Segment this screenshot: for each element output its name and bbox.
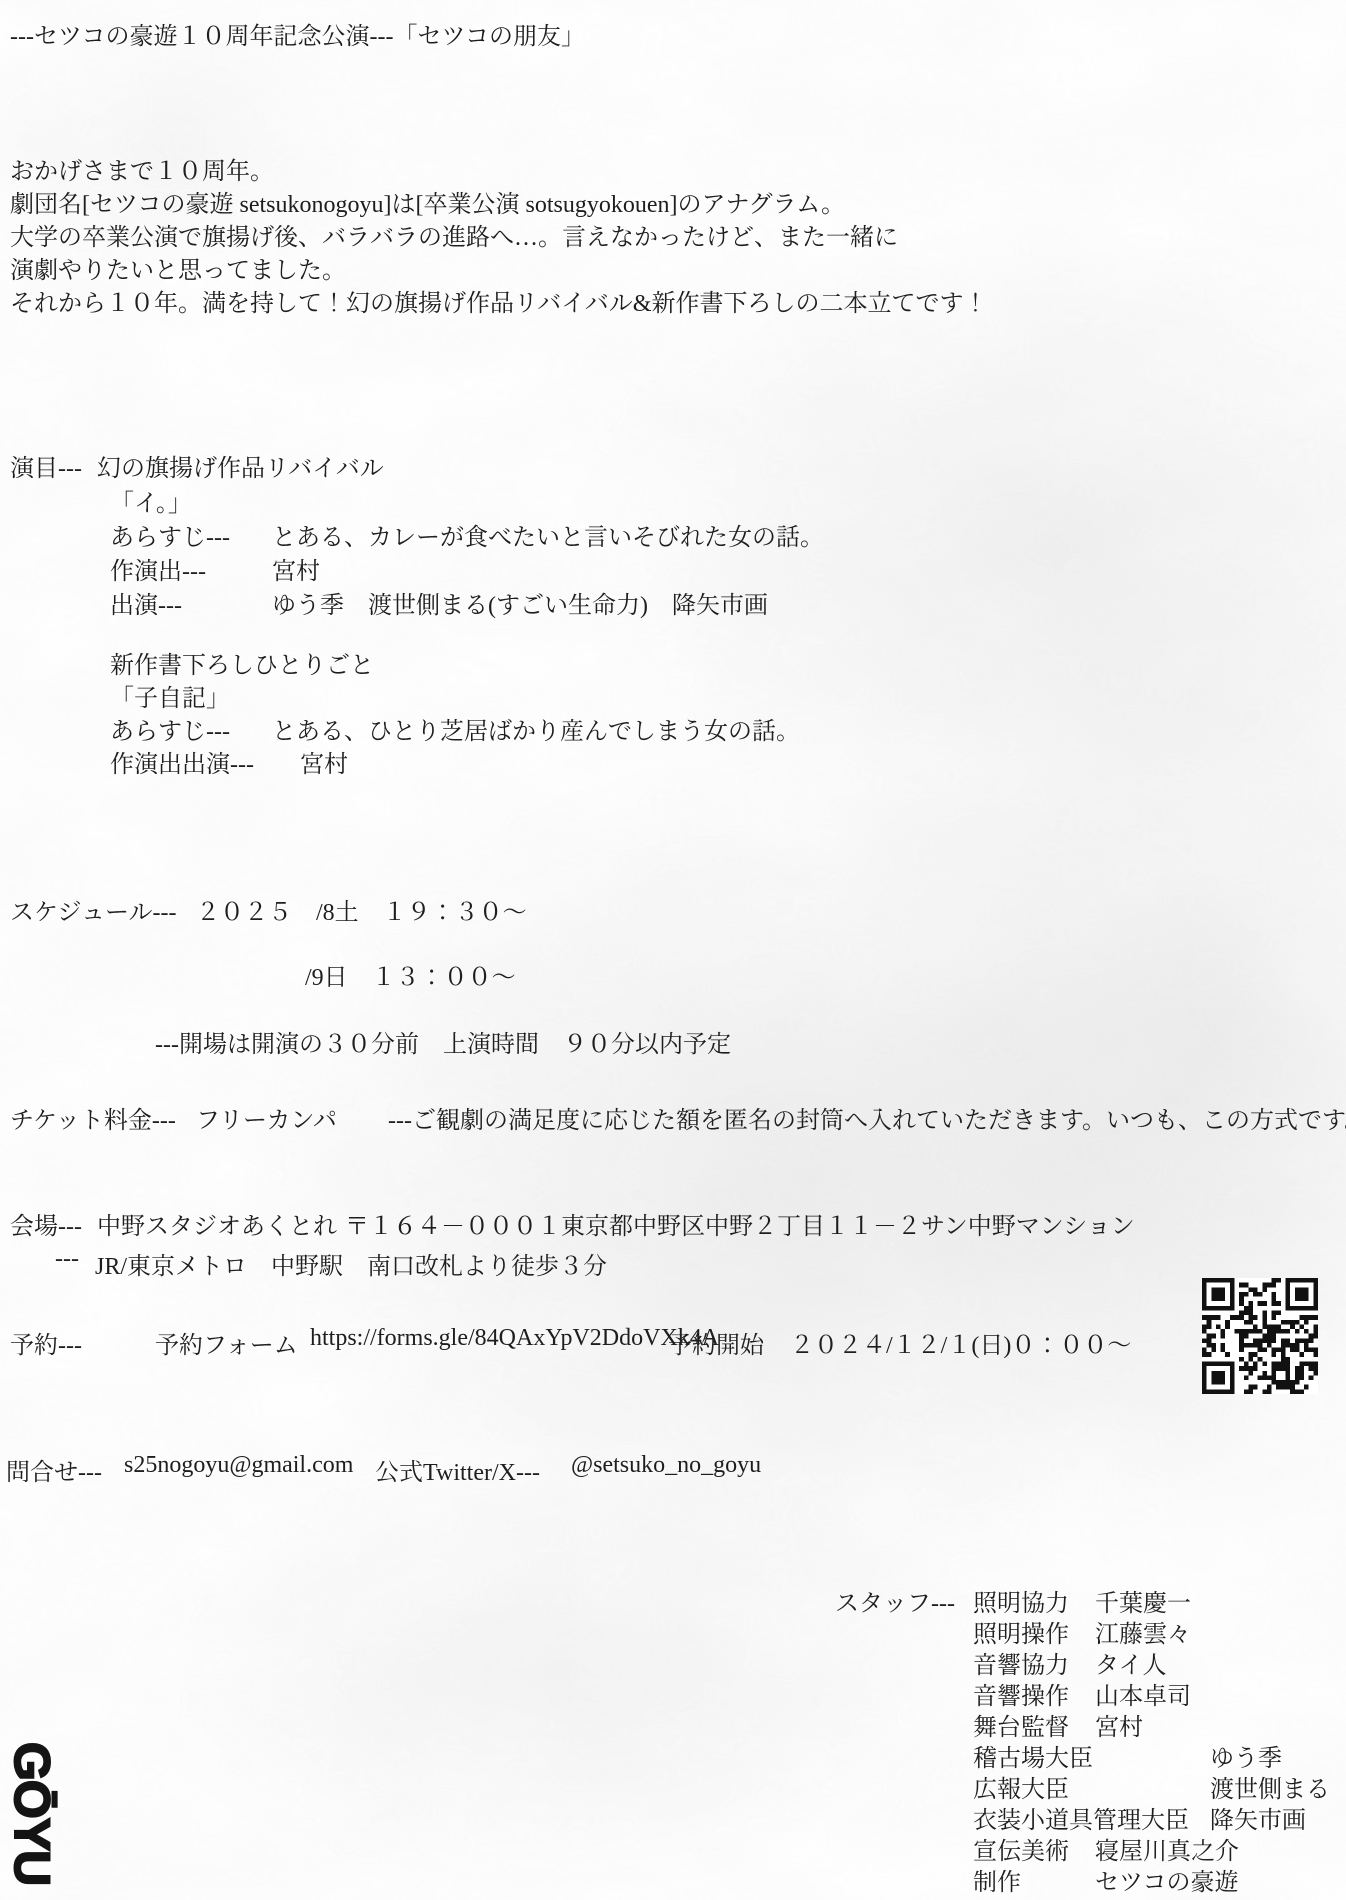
play2-synopsis-label: あらすじ---: [110, 711, 230, 746]
venue-access: JR/東京メトロ 中野駅 南口改札より徒歩３分: [95, 1246, 607, 1281]
reservation-label: 予約---: [10, 1325, 82, 1360]
play1-writer: 宮村: [272, 551, 320, 586]
schedule-date-1: ２０２５ /8土 １９：３０～: [196, 892, 527, 927]
schedule-label: スケジュール---: [10, 892, 177, 927]
venue-access-label: ---: [55, 1246, 79, 1273]
staff-name: 山本卓司: [1095, 1676, 1191, 1711]
reservation-start: ２０２４/１２/１(日)０：００～: [790, 1325, 1131, 1360]
staff-name: 宮村: [1095, 1707, 1143, 1742]
staff-role: 照明操作: [973, 1614, 1069, 1649]
staff-name: ゆう季: [1210, 1738, 1282, 1773]
staff-role: 制作: [973, 1862, 1021, 1897]
contact-twitter-handle: @setsuko_no_goyu: [571, 1452, 761, 1479]
staff-role: 宣伝美術: [973, 1831, 1069, 1866]
play2-writer-label: 作演出出演---: [110, 744, 254, 779]
staff-role: 照明協力: [973, 1583, 1069, 1618]
reservation-form-label: 予約フォーム: [155, 1325, 298, 1360]
staff-label: スタッフ---: [835, 1583, 955, 1618]
contact-label: 問合せ---: [6, 1452, 102, 1487]
staff-role: 舞台監督: [973, 1707, 1069, 1742]
staff-role: 衣装小道具管理大臣: [973, 1800, 1189, 1835]
contact-twitter-label: 公式Twitter/X---: [375, 1452, 540, 1487]
staff-name: 千葉慶一: [1095, 1583, 1191, 1618]
play2-type: 新作書下ろしひとりごと: [110, 645, 374, 680]
reservation-url: https://forms.gle/84QAxYpV2DdoVXk4A: [310, 1325, 719, 1352]
play1-writer-label: 作演出---: [110, 551, 206, 586]
staff-name: 降矢市画: [1210, 1800, 1306, 1835]
play1-synopsis-label: あらすじ---: [110, 517, 230, 552]
play1-type: 幻の旗揚げ作品リバイバル: [97, 448, 384, 483]
venue-label: 会場---: [10, 1206, 82, 1241]
program-label: 演目---: [10, 448, 82, 483]
schedule-note: ---開場は開演の３０分前 上演時間 ９０分以内予定: [155, 1024, 731, 1059]
staff-name: タイ人: [1095, 1645, 1167, 1680]
reservation-start-label: 予約開始: [668, 1325, 764, 1360]
staff-name: 江藤雲々: [1095, 1614, 1191, 1649]
ticket-label: チケット料金---: [10, 1100, 176, 1135]
staff-role: 稽古場大臣: [973, 1738, 1093, 1773]
play1-cast-label: 出演---: [110, 585, 182, 620]
play2-title: 「子自記」: [110, 678, 230, 713]
staff-role: 音響協力: [973, 1645, 1069, 1680]
staff-name: 渡世側まる: [1210, 1769, 1330, 1804]
ticket-value: フリーカンパ: [196, 1100, 337, 1135]
schedule-date-2: /9日 １３：００～: [305, 957, 516, 992]
staff-role: 音響操作: [973, 1676, 1069, 1711]
intro-line: 大学の卒業公演で旗揚げ後、バラバラの進路へ…。言えなかったけど、また一緒に: [10, 222, 987, 255]
play1-synopsis: とある、カレーが食べたいと言いそびれた女の話。: [272, 517, 824, 552]
staff-role: 広報大臣: [973, 1769, 1069, 1804]
goyu-logo: GŌYU: [8, 1742, 55, 1900]
qr-code: [1202, 1278, 1318, 1394]
ticket-note: ---ご観劇の満足度に応じた額を匿名の封筒へ入れていただきます。いつも、この方式…: [388, 1100, 1346, 1135]
staff-name: セツコの豪遊: [1095, 1862, 1239, 1897]
venue-address: 〒１６４－０００１東京都中野区中野２丁目１１－２サン中野マンション: [345, 1206, 1135, 1241]
page-title: ---セツコの豪遊１０周年記念公演---「セツコの朋友」: [10, 16, 585, 51]
intro-paragraph: おかげさまで１０周年。 劇団名[セツコの豪遊 setsukonogoyu]は[卒…: [10, 156, 987, 321]
staff-name: 寝屋川真之介: [1095, 1831, 1239, 1866]
intro-line: 演劇やりたいと思ってました。: [10, 255, 987, 288]
intro-line: 劇団名[セツコの豪遊 setsukonogoyu]は[卒業公演 sotsugyo…: [10, 189, 987, 222]
intro-line: おかげさまで１０周年。: [10, 156, 987, 189]
play2-writer: 宮村: [300, 744, 348, 779]
contact-email: s25nogoyu@gmail.com: [124, 1452, 353, 1479]
play1-title: 「イ。」: [110, 483, 192, 518]
intro-line: それから１０年。満を持して！幻の旗揚げ作品リバイバル&新作書下ろしの二本立てです…: [10, 288, 987, 321]
venue-name: 中野スタジオあくとれ: [97, 1206, 337, 1241]
play1-cast: ゆう季 渡世側まる(すごい生命力) 降矢市画: [272, 585, 768, 620]
play2-synopsis: とある、ひとり芝居ばかり産んでしまう女の話。: [272, 711, 800, 746]
